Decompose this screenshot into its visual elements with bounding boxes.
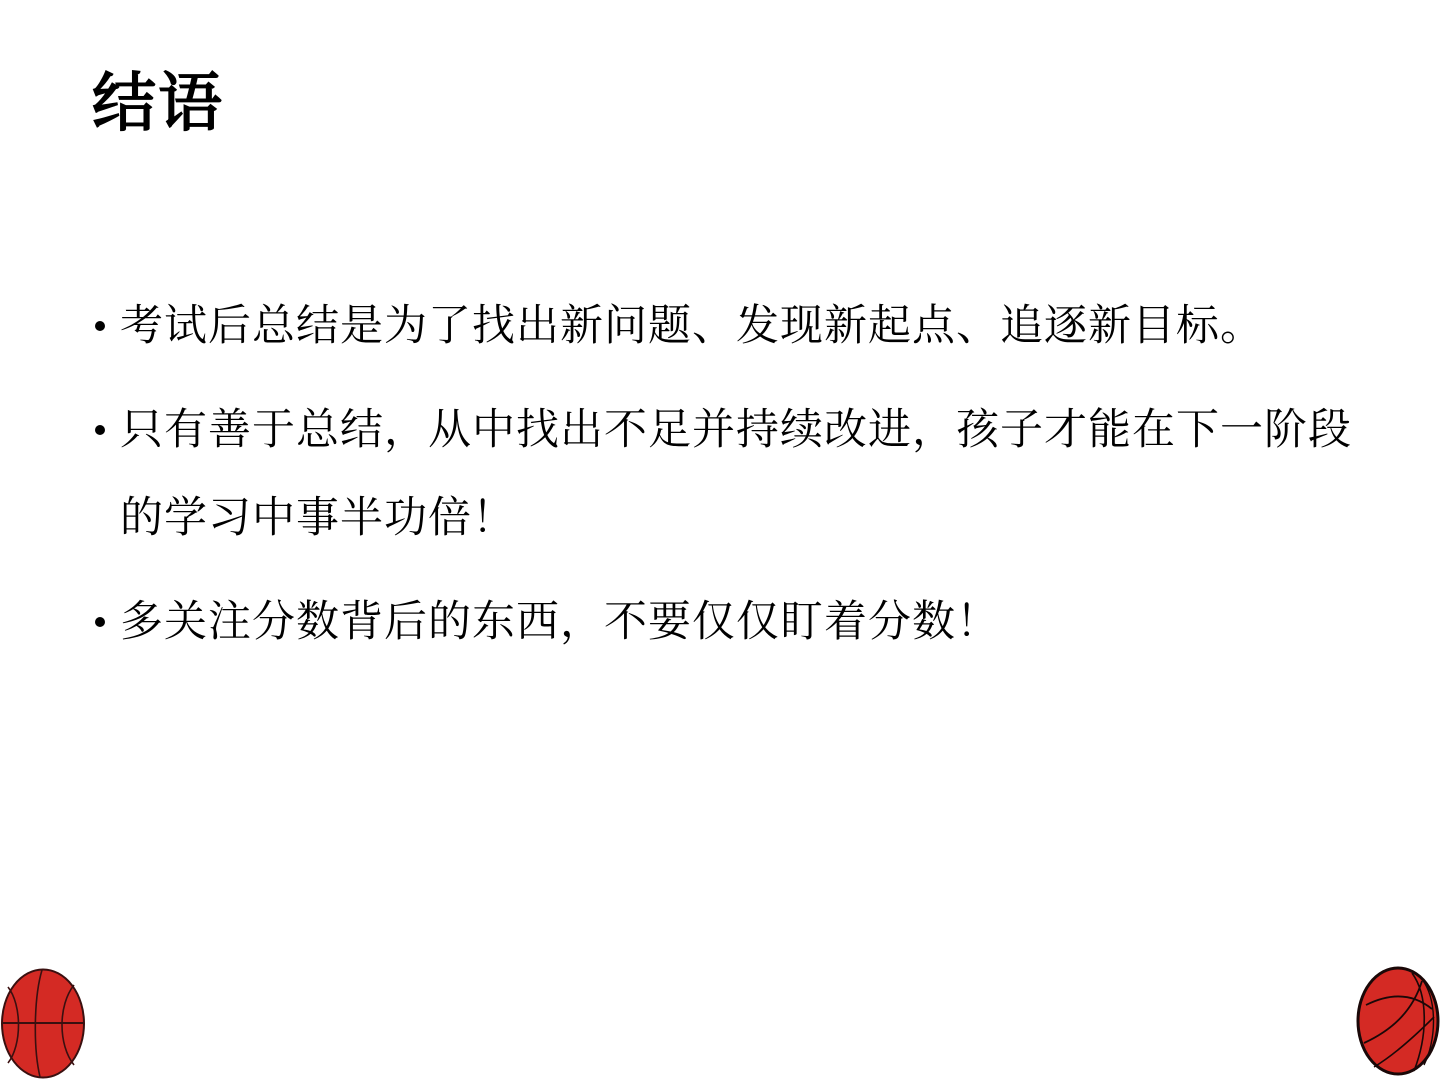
bullet-text: 只有善于总结，从中找出不足并持续改进，孩子才能在下一阶段的学习中事半功倍！ — [120, 405, 1352, 543]
bullet-item: 多关注分数背后的东西，不要仅仅盯着分数！ — [92, 578, 1362, 666]
bullet-text: 考试后总结是为了找出新问题、发现新起点、追逐新目标。 — [120, 301, 1264, 351]
bullet-dot-icon — [95, 617, 105, 627]
bullet-text: 多关注分数背后的东西，不要仅仅盯着分数！ — [120, 597, 1000, 647]
basketball-icon — [0, 967, 88, 1080]
bullet-item: 考试后总结是为了找出新问题、发现新起点、追逐新目标。 — [92, 282, 1362, 370]
bullet-dot-icon — [95, 425, 105, 435]
bullet-dot-icon — [95, 321, 105, 331]
bullet-list: 考试后总结是为了找出新问题、发现新起点、追逐新目标。 只有善于总结，从中找出不足… — [92, 282, 1362, 682]
bullet-item: 只有善于总结，从中找出不足并持续改进，孩子才能在下一阶段的学习中事半功倍！ — [92, 386, 1362, 562]
slide: 结语 考试后总结是为了找出新问题、发现新起点、追逐新目标。 只有善于总结，从中找… — [0, 0, 1440, 1080]
basketball-icon — [1354, 965, 1440, 1077]
slide-title: 结语 — [92, 62, 224, 146]
